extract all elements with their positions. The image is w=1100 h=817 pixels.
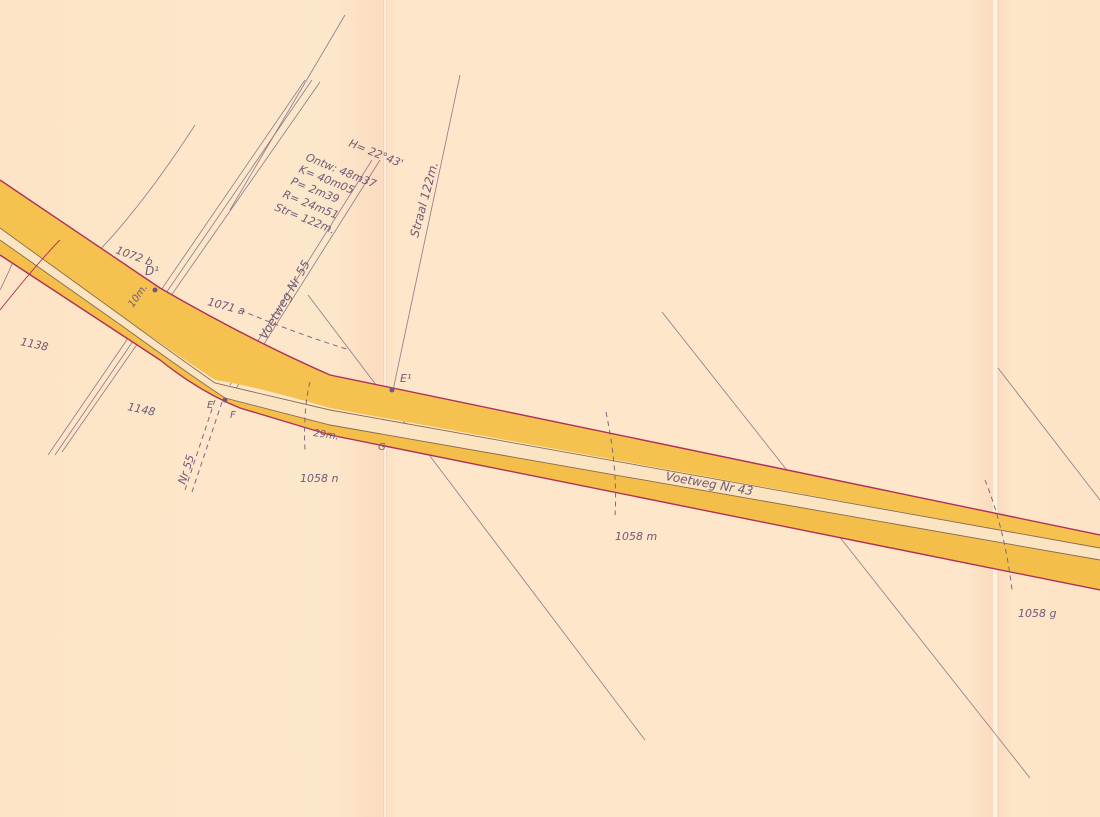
point-e1-label: E¹: [400, 372, 411, 385]
point-e1-marker: [390, 388, 395, 393]
parcel-1138: 1138: [19, 335, 49, 354]
point-f-label: F: [230, 410, 236, 421]
point-g-label: G: [378, 442, 386, 453]
construction-lines: [0, 15, 1100, 778]
width-29m-label: 29m.: [313, 428, 340, 442]
curve-data-block: H= 22°43' Ontw: 48m37 K= 40m05 P= 2m39 R…: [273, 137, 405, 237]
straal-label: Straal 122m.: [407, 160, 441, 239]
angle-label: H= 22°43': [347, 137, 405, 171]
point-d1-marker: [153, 288, 158, 293]
voetweg-55-label: Voetweg Nr 55: [256, 258, 312, 342]
parcel-1058g: 1058 g: [1018, 607, 1056, 620]
parcel-1148: 1148: [126, 400, 156, 419]
point-e-label: E: [207, 400, 214, 411]
parcel-1071a: 1071 a: [206, 295, 247, 318]
map-drawing: H= 22°43' Ontw: 48m37 K= 40m05 P= 2m39 R…: [0, 0, 1100, 817]
parcel-1058m: 1058 m: [615, 530, 657, 543]
cadastral-map: H= 22°43' Ontw: 48m37 K= 40m05 P= 2m39 R…: [0, 0, 1100, 817]
point-ef-marker: [223, 398, 228, 403]
parcel-1058n: 1058 n: [300, 472, 338, 485]
nr-55-label: Nr 55: [175, 453, 197, 486]
